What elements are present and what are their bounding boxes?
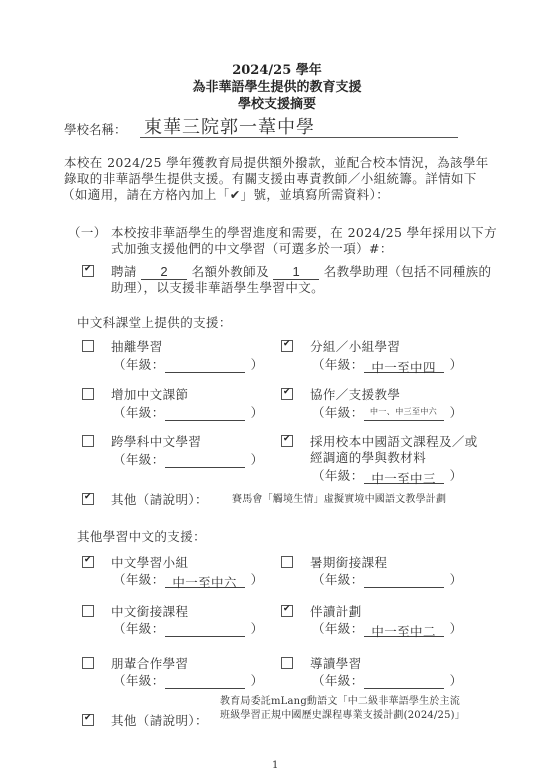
guided-reading-grade: （年級：） <box>312 671 463 689</box>
other-support-value-line-2[interactable]: 班級學習正規中國歷史課程專業支援計劃(2024/25)」 <box>220 706 465 721</box>
group-learning-grade: （年級：中一至中四） <box>312 355 463 373</box>
chinese-study-group-grade-field[interactable]: 中一至中六 <box>165 573 245 588</box>
co-teaching-grade-field[interactable]: 中一、中三至中六 <box>364 406 444 421</box>
school-name-field[interactable]: 東華三院郭一葦中學 <box>140 113 458 138</box>
pull-out-label: 抽離學習 <box>111 337 163 355</box>
classroom-support-heading: 中文科課堂上提供的支援： <box>77 313 232 331</box>
group-learning-grade-field[interactable]: 中一至中四 <box>364 358 444 373</box>
cross-curricular-grade: （年級：） <box>113 450 264 468</box>
hire-middle: 名額外教師及 <box>192 264 269 279</box>
other-support-value-line-1[interactable]: 教育局委託mLang動語文「中二級非華語學生於主流 <box>220 692 460 707</box>
group-learning-checkbox[interactable] <box>281 340 293 352</box>
peer-learning-label: 朋輩合作學習 <box>111 654 188 672</box>
intro-line-3: （如適用，請在方格內加上「✔」號，並填寫所需資料）： <box>62 185 389 203</box>
section-intro-line-2: 式加強支援他們的中文學習（可選多於一項）#： <box>111 239 393 257</box>
guided-reading-checkbox[interactable] <box>281 657 293 669</box>
hire-line-2: 助理），以支援非華語學生學習中文。 <box>111 278 324 296</box>
hire-checkbox[interactable] <box>82 265 94 277</box>
summer-bridging-grade-field[interactable] <box>364 573 444 588</box>
classroom-other-value[interactable]: 賽馬會「觸境生情」虛擬實境中國語文教學計劃 <box>232 490 446 505</box>
chinese-study-group-checkbox[interactable] <box>82 556 94 568</box>
chinese-bridging-label: 中文銜接課程 <box>111 602 188 620</box>
other-support-other-checkbox[interactable] <box>82 714 94 726</box>
pull-out-grade: （年級：） <box>113 355 264 373</box>
cross-curricular-grade-field[interactable] <box>165 453 245 468</box>
chinese-bridging-grade: （年級：） <box>113 619 264 637</box>
group-learning-label: 分組／小組學習 <box>310 337 400 355</box>
guided-reading-grade-field[interactable] <box>364 674 444 689</box>
section-number: （一） <box>68 223 107 241</box>
chinese-study-group-grade: （年級：中一至中六） <box>113 570 264 588</box>
hire-suffix: 名教學助理（包括不同種族的 <box>324 264 492 279</box>
school-based-curriculum-grade: （年級：中一至中三） <box>312 466 463 484</box>
peer-learning-grade-field[interactable] <box>165 674 245 689</box>
cross-curricular-checkbox[interactable] <box>82 435 94 447</box>
co-teaching-checkbox[interactable] <box>281 388 293 400</box>
reading-buddy-grade-field[interactable]: 中一至中二 <box>364 622 444 637</box>
reading-buddy-label: 伴讀計劃 <box>310 602 362 620</box>
chinese-bridging-grade-field[interactable] <box>165 622 245 637</box>
pull-out-checkbox[interactable] <box>82 340 94 352</box>
peer-learning-grade: （年級：） <box>113 671 264 689</box>
school-name-value: 東華三院郭一葦中學 <box>140 117 315 138</box>
guided-reading-label: 導讀學習 <box>310 654 362 672</box>
page-number: 1 <box>272 760 278 771</box>
hire-prefix: 聘請 <box>111 264 137 279</box>
school-based-curriculum-checkbox[interactable] <box>281 435 293 447</box>
other-support-other-label: 其他（請說明）： <box>111 711 208 729</box>
pull-out-grade-field[interactable] <box>165 358 245 373</box>
classroom-other-checkbox[interactable] <box>82 493 94 505</box>
co-teaching-grade: （年級：中一、中三至中六） <box>312 403 463 421</box>
summer-bridging-grade: （年級：） <box>312 570 463 588</box>
school-based-curriculum-grade-field[interactable]: 中一至中三 <box>364 469 444 484</box>
reading-buddy-checkbox[interactable] <box>281 605 293 617</box>
classroom-other-label: 其他（請說明）： <box>111 490 208 508</box>
extra-lessons-label: 增加中文課節 <box>111 385 188 403</box>
doc-subtitle: 學校支援摘要 <box>0 93 554 112</box>
other-support-heading: 其他學習中文的支援： <box>77 527 206 545</box>
extra-lessons-checkbox[interactable] <box>82 388 94 400</box>
school-based-curriculum-label-2: 經調適的學與教材料 <box>310 448 426 466</box>
chinese-study-group-label: 中文學習小組 <box>111 553 188 571</box>
co-teaching-label: 協作／支援教學 <box>310 385 400 403</box>
extra-lessons-grade-field[interactable] <box>165 406 245 421</box>
summer-bridging-checkbox[interactable] <box>281 556 293 568</box>
school-name-label: 學校名稱： <box>64 120 127 138</box>
cross-curricular-label: 跨學科中文學習 <box>111 432 201 450</box>
reading-buddy-grade: （年級：中一至中二） <box>312 619 463 637</box>
extra-lessons-grade: （年級：） <box>113 403 264 421</box>
summer-bridging-label: 暑期銜接課程 <box>310 553 387 571</box>
peer-learning-checkbox[interactable] <box>82 657 94 669</box>
chinese-bridging-checkbox[interactable] <box>82 605 94 617</box>
